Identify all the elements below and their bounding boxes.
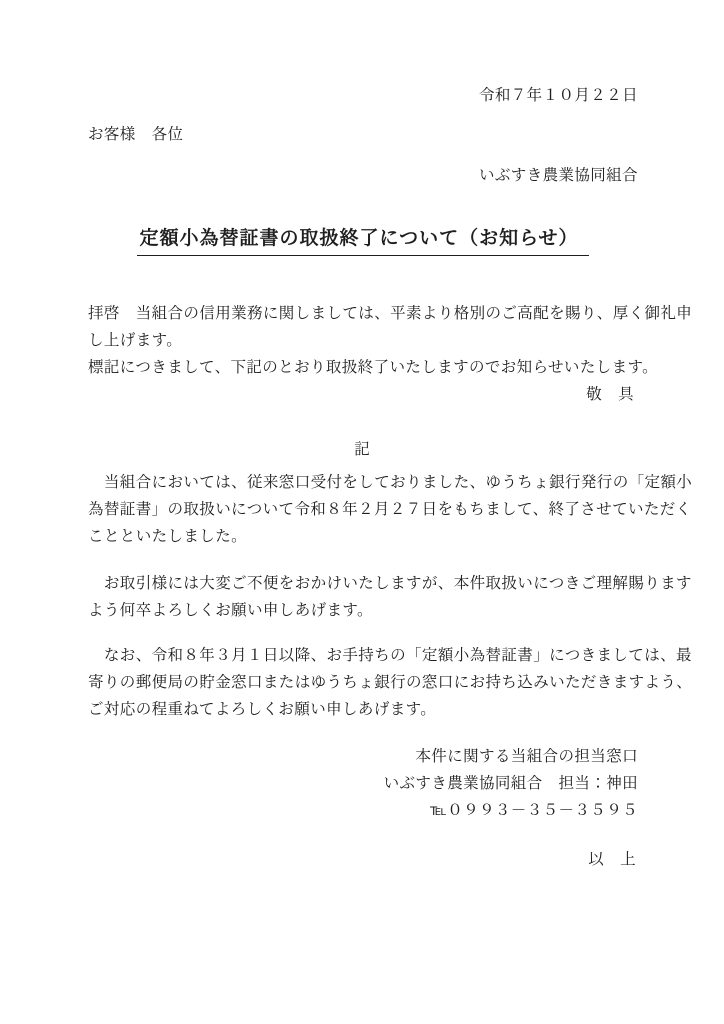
document-page: 令和７年１０月２２日 お客様 各位 いぶすき農業協同組合 定額小為替証書の取扱終… bbox=[0, 0, 724, 1024]
title-block: 定額小為替証書の取扱終了について（お知らせ） bbox=[88, 225, 638, 256]
sender-organization: いぶすき農業協同組合 bbox=[88, 162, 638, 189]
contact-heading: 本件に関する当組合の担当窓口 bbox=[88, 743, 638, 770]
paragraph-line: 寄りの郵便局の貯金窓口またはゆうちょ銀行の窓口にお持ち込みいただきますよう、 bbox=[88, 669, 638, 696]
body-paragraph-3: なお、令和８年３月１日以降、お手持ちの「定額小為替証書」につきましては、最 寄り… bbox=[88, 642, 638, 723]
paragraph-line: 為替証書」の取扱いについて令和８年２月２７日をもちまして、終了させていただく bbox=[88, 496, 638, 523]
document-date: 令和７年１０月２２日 bbox=[88, 82, 638, 109]
closing-salutation: 敬 具 bbox=[88, 381, 638, 408]
contact-phone: ℡０９９３－３５－３５９５ bbox=[88, 797, 638, 824]
closing-mark: 以 上 bbox=[88, 846, 638, 873]
opening-line: 拝啓 当組合の信用業務に関しましては、平素より格別のご高配を賜り、厚く御礼申 bbox=[88, 300, 638, 327]
contact-block: 本件に関する当組合の担当窓口 いぶすき農業協同組合 担当：神田 ℡０９９３－３５… bbox=[88, 743, 638, 824]
paragraph-line: ことといたしました。 bbox=[88, 523, 638, 550]
paragraph-line: ご対応の程重ねてよろしくお願い申しあげます。 bbox=[88, 696, 638, 723]
paragraph-line: お取引様には大変ご不便をおかけいたしますが、本件取扱いにつきご理解賜ります bbox=[88, 570, 638, 597]
opening-line: し上げます。 bbox=[88, 327, 638, 354]
opening-paragraph: 拝啓 当組合の信用業務に関しましては、平素より格別のご高配を賜り、厚く御礼申 し… bbox=[88, 300, 638, 408]
paragraph-line: なお、令和８年３月１日以降、お手持ちの「定額小為替証書」につきましては、最 bbox=[88, 642, 638, 669]
recipient: お客様 各位 bbox=[88, 121, 638, 148]
body-paragraph-2: お取引様には大変ご不便をおかけいたしますが、本件取扱いにつきご理解賜ります よう… bbox=[88, 570, 638, 624]
notice-title: 定額小為替証書の取扱終了について（お知らせ） bbox=[137, 225, 588, 256]
paragraph-line: よう何卒よろしくお願い申しあげます。 bbox=[88, 597, 638, 624]
contact-organization: いぶすき農業協同組合 担当：神田 bbox=[88, 770, 638, 797]
body-paragraph-1: 当組合においては、従来窓口受付をしておりました、ゆうちょ銀行発行の「定額小 為替… bbox=[88, 469, 638, 550]
record-heading: 記 bbox=[88, 436, 638, 463]
paragraph-line: 当組合においては、従来窓口受付をしておりました、ゆうちょ銀行発行の「定額小 bbox=[88, 469, 638, 496]
opening-line: 標記につきまして、下記のとおり取扱終了いたしますのでお知らせいたします。 bbox=[88, 354, 638, 381]
